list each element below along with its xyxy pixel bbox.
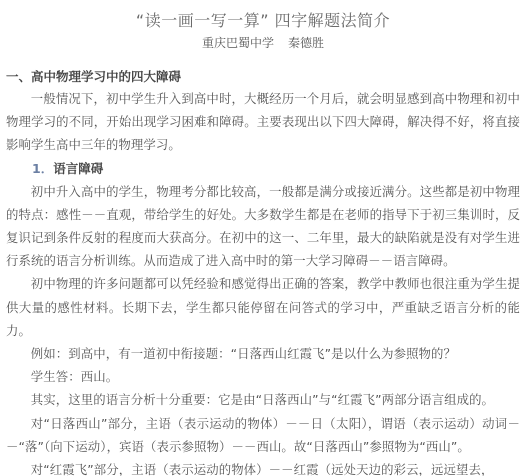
section-heading: 一、高中物理学习中的四大障碍 xyxy=(6,67,520,87)
paragraph: 初中物理的许多问题都可以凭经验和感觉得出正确的答案，教学中教师也很注重为学生提供… xyxy=(6,272,520,342)
paragraph: 初中升入高中的学生，物理考分都比较高，一般都是满分或接近满分。这些都是初中物理的… xyxy=(6,180,520,273)
document-author: 重庆巴蜀中学秦德胜 xyxy=(6,34,520,52)
paragraph: 例如：到高中，有一道初中衔接题：“日落西山红霞飞”是以什么为参照物的？ xyxy=(6,342,520,365)
subsection-number: 1． xyxy=(32,161,53,176)
paragraph: 其实，这里的语言分析十分重要：它是由“日落西山”与“红霞飞”两部分语言组成的。 xyxy=(6,388,520,411)
author-name: 秦德胜 xyxy=(288,36,324,50)
paragraph: 对“红霞飞”部分，主语（表示运动的物体）－－红霞（远处天边的彩云，远远望去， xyxy=(6,458,520,476)
document-page: “读一画一写一算” 四字解题法简介 重庆巴蜀中学秦德胜 一、高中物理学习中的四大… xyxy=(0,10,526,476)
document-title: “读一画一写一算” 四字解题法简介 xyxy=(6,10,520,32)
section-intro-paragraph: 一般情况下，初中学生升入到高中时，大概经历一个月后，就会明显感到高中物理和初中物… xyxy=(6,87,520,157)
paragraph: 学生答：西山。 xyxy=(6,365,520,388)
subsection-heading: 1．语言障碍 xyxy=(6,157,520,180)
author-school: 重庆巴蜀中学 xyxy=(202,36,274,50)
paragraph: 对“日落西山”部分，主语（表示运动的物体）－－日（太阳），谓语（表示运动）动词－… xyxy=(6,412,520,458)
subsection-title: 语言障碍 xyxy=(53,161,103,176)
